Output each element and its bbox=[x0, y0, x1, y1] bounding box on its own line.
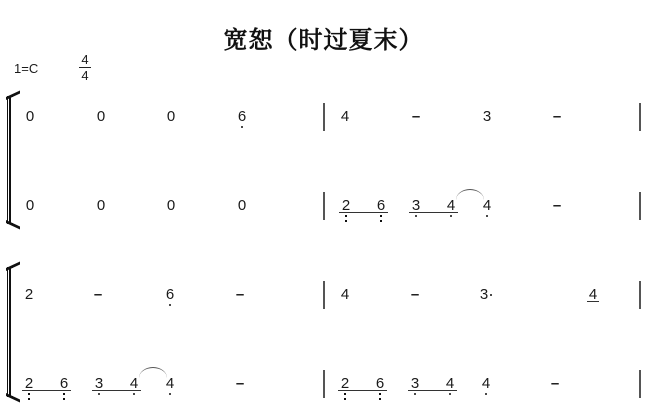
note: 3 bbox=[409, 198, 423, 214]
note: 4 bbox=[479, 376, 493, 392]
octave-dot-below bbox=[485, 393, 487, 395]
note-dash: – bbox=[233, 376, 247, 392]
note: 4 bbox=[163, 376, 177, 392]
note: 0 bbox=[23, 198, 37, 214]
note-dash: – bbox=[550, 198, 564, 214]
note: 3 bbox=[477, 287, 491, 303]
note: 0 bbox=[164, 198, 178, 214]
octave-double-dot-below bbox=[28, 393, 30, 400]
note: 6 bbox=[57, 376, 71, 392]
octave-dot-below bbox=[241, 126, 243, 128]
system-bracket-2 bbox=[7, 267, 13, 397]
note: 2 bbox=[339, 198, 353, 214]
system-bracket-1 bbox=[7, 96, 13, 224]
barline bbox=[639, 103, 641, 131]
octave-double-dot-below bbox=[379, 393, 381, 400]
octave-dot-below bbox=[414, 393, 416, 395]
key-signature: 1=C bbox=[14, 61, 38, 76]
note-dash: – bbox=[233, 287, 247, 303]
note: 4 bbox=[443, 376, 457, 392]
note-dash: – bbox=[550, 109, 564, 125]
bracket-cap-bottom bbox=[6, 393, 20, 409]
time-signature: 4 4 bbox=[78, 52, 92, 83]
note-dash: – bbox=[409, 109, 423, 125]
note: 3 bbox=[92, 376, 106, 392]
barline bbox=[639, 281, 641, 309]
octave-dot-below bbox=[98, 393, 100, 395]
note: 3 bbox=[408, 376, 422, 392]
note: 4 bbox=[338, 109, 352, 125]
note: 6 bbox=[163, 287, 177, 303]
note: 4 bbox=[127, 376, 141, 392]
note: 6 bbox=[235, 109, 249, 125]
note: 2 bbox=[338, 376, 352, 392]
octave-double-dot-below bbox=[63, 393, 65, 400]
note: 4 bbox=[480, 198, 494, 214]
note-dash: – bbox=[408, 287, 422, 303]
octave-double-dot-below bbox=[380, 215, 382, 222]
barline bbox=[323, 103, 325, 131]
note: 3 bbox=[480, 109, 494, 125]
time-signature-numerator: 4 bbox=[78, 52, 92, 67]
note: 0 bbox=[94, 109, 108, 125]
time-signature-denominator: 4 bbox=[78, 68, 92, 83]
note: 0 bbox=[164, 109, 178, 125]
barline bbox=[323, 281, 325, 309]
note: 4 bbox=[338, 287, 352, 303]
octave-double-dot-below bbox=[345, 215, 347, 222]
octave-dot-below bbox=[169, 393, 171, 395]
bracket-cap-top bbox=[6, 255, 20, 271]
barline bbox=[323, 370, 325, 398]
note: 2 bbox=[22, 287, 36, 303]
octave-dot-below bbox=[133, 393, 135, 395]
barline bbox=[639, 192, 641, 220]
note: 6 bbox=[374, 198, 388, 214]
note: 0 bbox=[235, 198, 249, 214]
octave-dot-below bbox=[449, 393, 451, 395]
bracket-cap-top bbox=[6, 84, 20, 100]
bracket-cap-bottom bbox=[6, 220, 20, 236]
barline bbox=[323, 192, 325, 220]
note: 4 bbox=[586, 287, 600, 303]
score-title: 宽恕（时过夏末） bbox=[0, 20, 647, 55]
note: 2 bbox=[22, 376, 36, 392]
note: 0 bbox=[23, 109, 37, 125]
note: 6 bbox=[373, 376, 387, 392]
note: 4 bbox=[444, 198, 458, 214]
barline bbox=[639, 370, 641, 398]
octave-dot-below bbox=[415, 215, 417, 217]
octave-dot-below bbox=[450, 215, 452, 217]
note-dash: – bbox=[91, 287, 105, 303]
octave-dot-below bbox=[486, 215, 488, 217]
note-dash: – bbox=[548, 376, 562, 392]
note: 0 bbox=[94, 198, 108, 214]
augmentation-dot bbox=[490, 294, 492, 296]
octave-dot-below bbox=[169, 304, 171, 306]
octave-double-dot-below bbox=[344, 393, 346, 400]
